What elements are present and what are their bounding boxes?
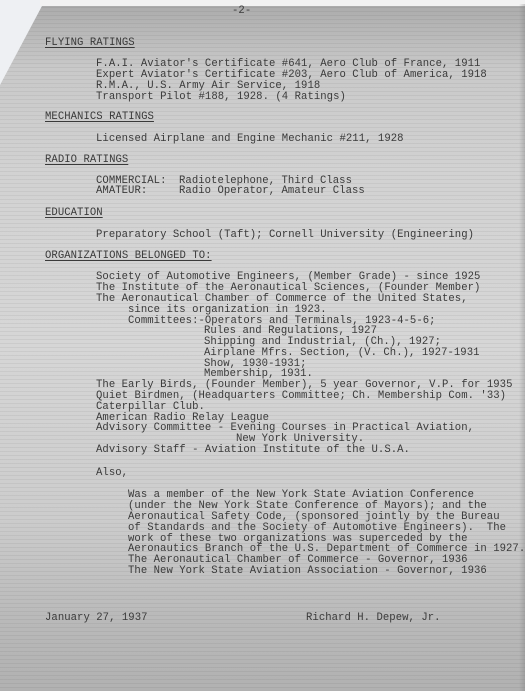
page-number: -2- (232, 6, 251, 17)
also-label: Also, (96, 468, 128, 479)
radio-label: AMATEUR: (96, 186, 147, 197)
page-right-edge (519, 4, 525, 691)
footer-date: January 27, 1937 (45, 613, 148, 624)
heading-organizations: ORGANIZATIONS BELONGED TO: (45, 251, 212, 262)
flying-line: Transport Pilot #188, 1928. (4 Ratings) (96, 92, 346, 103)
org-line: Advisory Staff - Aviation Institute of t… (96, 445, 410, 456)
page-top-edge (40, 0, 525, 6)
education-line: Preparatory School (Taft); Cornell Unive… (96, 230, 474, 241)
radio-value: Radio Operator, Amateur Class (179, 186, 365, 197)
heading-mechanics-ratings: MECHANICS RATINGS (45, 112, 154, 123)
heading-radio-ratings: RADIO RATINGS (45, 155, 128, 166)
footer-signature: Richard H. Depew, Jr. (306, 613, 441, 624)
mechanics-line: Licensed Airplane and Engine Mechanic #2… (96, 134, 404, 145)
heading-flying-ratings: FLYING RATINGS (45, 38, 135, 49)
heading-education: EDUCATION (45, 208, 103, 219)
also-line: The New York State Aviation Association … (128, 566, 487, 577)
